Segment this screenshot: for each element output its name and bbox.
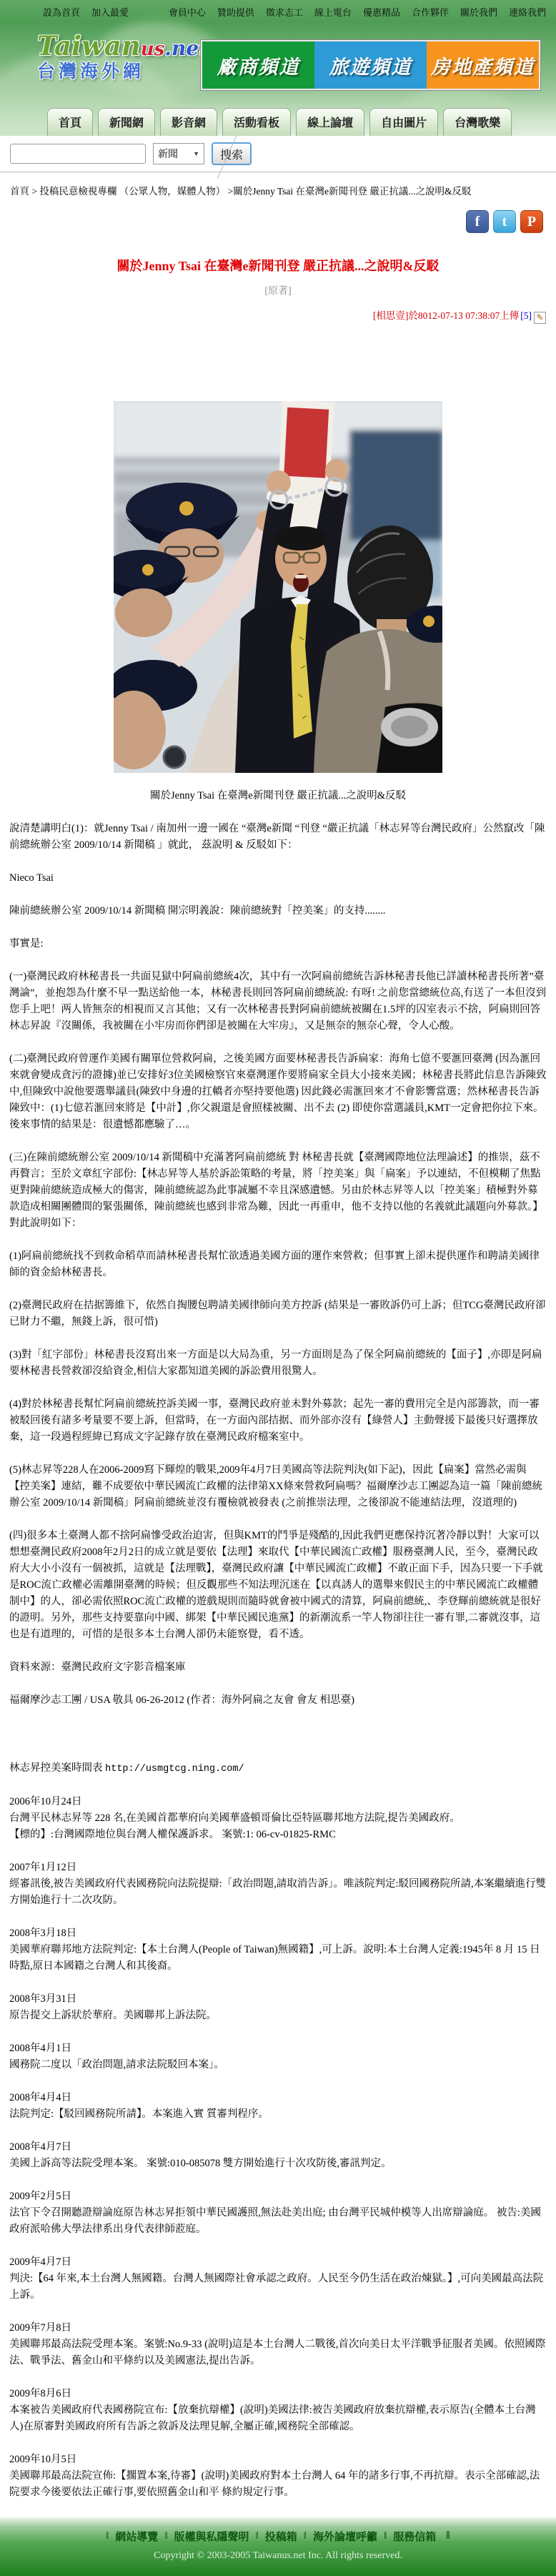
article-paragraph: (5)林志昇等228人在2006-2009寫下輝煌的戰果,2009年4月7日美國…	[9, 1462, 547, 1511]
search-category-select[interactable]: 新聞 ▼	[153, 143, 204, 164]
timeline-entry-text: 法官下令召開聽證辯論庭原告林志昇拒領中華民國護照,無法赴美出庭; 由台灣平民城仲…	[9, 2205, 547, 2238]
footer-link[interactable]: 服務信箱	[393, 2529, 436, 2544]
timeline-entry-date: 2009年2月5日	[9, 2188, 547, 2205]
header-link[interactable]: 贊助提供	[217, 5, 254, 19]
article-paragraph: (三)在陳前總統辦公室 2009/10/14 新聞稿中充滿著阿扁前總統 對 林秘…	[9, 1150, 547, 1232]
header-link[interactable]: 關於我們	[460, 5, 497, 19]
breadcrumb[interactable]: 首頁 > 投稿民意檢視專欄 （公眾人物，媒體人物） >關於Jenny Tsai …	[0, 172, 556, 200]
paragraph-list: 說清楚講明白(1)：就Jenny Tsai / 南加州一邊一國在 “臺灣e新聞 …	[9, 821, 547, 1709]
timeline-entry-date: 2008年3月18日	[9, 1925, 547, 1942]
article-photo	[114, 401, 442, 773]
timeline-entry: 2008年4月1日 國務院二度以「政治問題,請求法院駁回本案」。	[9, 2040, 547, 2073]
timeline-entry: 2008年3月18日 美國華府聯邦地方法院判定:【本土台灣人(People of…	[9, 1925, 547, 1975]
plurk-icon[interactable]: P	[520, 210, 543, 233]
timeline-entry: 2007年1月12日 經審訊後,被告美國政府代表國務院向法院提辯:「政治問題,請…	[9, 1860, 547, 1909]
timeline-entry-text: 台灣平民林志昇等 228 名,在美國首都華府向美國華盛頓哥倫比亞特區聯邦地方法院…	[9, 1810, 547, 1843]
timeline-entry-date: 2009年4月7日	[9, 2254, 547, 2271]
timeline-entry-text: 美國華府聯邦地方法院判定:【本土台灣人(People of Taiwan)無國籍…	[9, 1942, 547, 1975]
timeline-entry-date: 2008年4月4日	[9, 2090, 547, 2106]
channel-banner[interactable]: 廠商頻道	[202, 41, 314, 89]
byline: [原著]	[0, 283, 556, 297]
header-link[interactable]: 加入最愛	[91, 5, 129, 19]
timeline-entry: 2009年10月5日 美國聯邦最高法院宣佈:【擱置本案,待審】(說明)美國政府對…	[9, 2452, 547, 2501]
timeline-entry: 2009年8月6日 本案被告美國政府代表國務院宣布:【放棄抗辯權】(說明)美國法…	[9, 2386, 547, 2435]
article-paragraph: (二)臺灣民政府曾運作美國有關單位營救阿扁，之後美國方面要林秘書長告訴扁家：海角…	[9, 1051, 547, 1133]
footer-link[interactable]: 投稿箱	[265, 2529, 297, 2544]
footer-separator: ‖	[106, 2530, 109, 2542]
twitter-icon[interactable]: t	[493, 210, 516, 233]
timeline-entry: 2009年2月5日 法官下令召開聽證辯論庭原告林志昇拒領中華民國護照,無法赴美出…	[9, 2188, 547, 2238]
timeline-entry-date: 2009年10月5日	[9, 2452, 547, 2468]
search-category-value: 新聞	[158, 147, 178, 161]
site-logo-chinese: 台灣海外網	[37, 62, 208, 82]
article-paragraph: 福爾摩沙志工團 / USA 敬具 06-26-2012 (作者：海外阿扁之友會 …	[9, 1692, 547, 1709]
timeline-entry-text: 美國聯邦最高法院受理本案。案號:No.9-33 (說明)這是本土台灣人二戰後,首…	[9, 2336, 547, 2369]
nav-tab[interactable]: 首頁	[47, 108, 93, 136]
timeline-entry-text: 美國上訴高等法院受理本案。 案號:010-085078 雙方開始進行十次攻防後,…	[9, 2156, 547, 2172]
article-paragraph: 陳前總統辦公室 2009/10/14 新聞稿 開宗明義說：陳前總統對「控美案」的…	[9, 903, 547, 919]
page-title: 關於Jenny Tsai 在臺灣e新聞刊登 嚴正抗議...之說明&反駁	[0, 256, 556, 275]
timeline-entry-text: 國務院二度以「政治問題,請求法院駁回本案」。	[9, 2057, 547, 2073]
copyright: Copyright © 2003-2005 Taiwanus.net Inc. …	[0, 2550, 556, 2562]
header-link[interactable]: 會員中心	[169, 5, 206, 19]
search-input[interactable]	[10, 144, 146, 164]
timeline-entry: 2008年3月31日 原告提交上訴狀於華府。美國聯邦上訴法院。	[9, 1991, 547, 2024]
main-nav: 首頁新聞網影音網活動看板線上論壇自由圖片台灣歌樂	[47, 108, 512, 136]
header-link[interactable]: 合作夥伴	[412, 5, 449, 19]
article-paragraph: 資料來源：臺灣民政府文字影音檔案庫	[9, 1659, 547, 1676]
timeline-entries: 2006年10月24日 台灣平民林志昇等 228 名,在美國首都華府向美國華盛頓…	[9, 1794, 547, 2501]
page: 設為首頁加入最愛 會員中心贊助提供徵求志工線上電台優惠精品合作夥伴關於我們連絡我…	[0, 0, 556, 2576]
timeline-entry-date: 2008年3月31日	[9, 1991, 547, 2008]
timeline-entry: 2006年10月24日 台灣平民林志昇等 228 名,在美國首都華府向美國華盛頓…	[9, 1794, 547, 1843]
footer-separator: ‖	[384, 2530, 387, 2542]
article-paragraph: (1)阿扁前總統找不到救命稻草而請林秘書長幫忙欲透過美國方面的運作來營救；但事實…	[9, 1248, 547, 1281]
header-links-right: 會員中心贊助提供徵求志工線上電台優惠精品合作夥伴關於我們連絡我們	[169, 5, 546, 19]
timeline-entry-text: 經審訊後,被告美國政府代表國務院向法院提辯:「政治問題,請取消告訴」。唯該院判定…	[9, 1876, 547, 1909]
timeline-entry: 2008年4月4日 法院判定:【駁回國務院所請】。本案進入實 質審判程序。	[9, 2090, 547, 2123]
timeline-entry: 2009年4月7日 判決:【64 年來,本土台灣人無國籍。台灣人無國際社會承認之…	[9, 2254, 547, 2304]
facebook-icon[interactable]: f	[466, 210, 489, 233]
nav-tab[interactable]: 台灣歌樂	[443, 108, 512, 136]
site-footer: ‖ 網站導覽 ‖ 版權與私隱聲明 ‖ 投稿箱 ‖ 海外論壇呼籲 ‖ 服務信箱 ‖…	[0, 2517, 556, 2576]
nav-tab[interactable]: 影音網	[160, 108, 217, 136]
header-link[interactable]: 連絡我們	[509, 5, 546, 19]
header-links-left: 設為首頁加入最愛	[43, 5, 129, 19]
timeline-url-link[interactable]: http://usmgtcg.ning.com/	[105, 1764, 244, 1775]
timeline-title: 林志昇控美案時間表 http://usmgtcg.ning.com/	[9, 1760, 547, 1777]
footer-links: ‖ 網站導覽 ‖ 版權與私隱聲明 ‖ 投稿箱 ‖ 海外論壇呼籲 ‖ 服務信箱	[106, 2529, 436, 2544]
article-paragraph: 說清楚講明白(1)：就Jenny Tsai / 南加州一邊一國在 “臺灣e新聞 …	[9, 821, 547, 854]
timeline-entry-text: 判決:【64 年來,本土台灣人無國籍。台灣人無國際社會承認之政府。人民至今仍生活…	[9, 2271, 547, 2304]
upload-text: [相思壹]於8012-07-13 07:38:07上傳	[373, 310, 519, 321]
nav-tab[interactable]: 活動看板	[222, 108, 291, 136]
header-link[interactable]: 設為首頁	[43, 5, 80, 19]
chevron-down-icon: ▼	[193, 150, 199, 157]
site-header: 設為首頁加入最愛 會員中心贊助提供徵求志工線上電台優惠精品合作夥伴關於我們連絡我…	[0, 0, 556, 136]
article-paragraph: Nieco Tsai	[9, 870, 547, 887]
article-paragraph: (一)臺灣民政府林秘書長一共面見獄中阿扁前總統4次，其中有一次阿扁前總統告訴林秘…	[9, 969, 547, 1035]
channel-banner-group: 廠商頻道旅遊頻道房地產頻道	[201, 40, 540, 90]
footer-link[interactable]: 網站導覽	[115, 2529, 158, 2544]
timeline-entry: 2008年4月7日 美國上訴高等法院受理本案。 案號:010-085078 雙方…	[9, 2139, 547, 2172]
footer-separator: ‖	[256, 2530, 259, 2542]
timeline-entry-date: 2006年10月24日	[9, 1794, 547, 1810]
upload-info: [相思壹]於8012-07-13 07:38:07上傳[5]✎	[0, 307, 556, 324]
article-paragraph: (4)對於林秘書長幫忙阿扁前總統控訴美國一事，臺灣民政府並未對外募款；起先一審的…	[9, 1396, 547, 1446]
header-link[interactable]: 徵求志工	[266, 5, 303, 19]
timeline-entry-date: 2009年8月6日	[9, 2386, 547, 2402]
channel-banner[interactable]: 房地產頻道	[427, 41, 539, 89]
search-bar: 新聞 ▼ 搜索	[0, 136, 556, 172]
timeline-entry-text: 美國聯邦最高法院宣佈:【擱置本案,待審】(說明)美國政府對本土台灣人 64 年的…	[9, 2468, 547, 2501]
footer-link[interactable]: 海外論壇呼籲	[313, 2529, 377, 2544]
nav-tab[interactable]: 新聞網	[98, 108, 155, 136]
share-buttons: f t P	[0, 200, 556, 233]
timeline-entry-date: 2008年4月1日	[9, 2040, 547, 2057]
article-paragraph: (3)對「紅字部份」林秘書長沒寫出來一方面是以大局為重，另一方面則是為了保全阿扁…	[9, 1347, 547, 1380]
timeline-entry-date: 2007年1月12日	[9, 1860, 547, 1876]
timeline-entry-date: 2009年7月8日	[9, 2320, 547, 2336]
timeline-entry-date: 2008年4月7日	[9, 2139, 547, 2156]
channel-banner[interactable]: 旅遊頻道	[314, 41, 427, 89]
comment-count-link[interactable]: [5]	[520, 310, 532, 321]
timeline-entry-text: 本案被告美國政府代表國務院宣布:【放棄抗辯權】(說明)美國法律:被告美國政府放棄…	[9, 2402, 547, 2435]
article-body: 說清楚講明白(1)：就Jenny Tsai / 南加州一邊一國在 “臺灣e新聞 …	[0, 821, 556, 2517]
nav-tab[interactable]: 自由圖片	[369, 108, 438, 136]
nav-tab[interactable]: 線上論壇	[296, 108, 364, 136]
article-paragraph: 事實是:	[9, 936, 547, 952]
header-link[interactable]: 優惠精品	[363, 5, 400, 19]
edit-icon[interactable]: ✎	[534, 312, 546, 324]
site-logo-latin: Taiwanus.net	[37, 31, 208, 61]
photo-caption: 關於Jenny Tsai 在臺灣e新聞刊登 嚴正抗議...之說明&反駁	[0, 787, 556, 802]
timeline-entry: 2009年7月8日 美國聯邦最高法院受理本案。案號:No.9-33 (說明)這是…	[9, 2320, 547, 2369]
article-paragraph: (四)很多本土臺灣人都不捨阿扁慘受政治迫害，但與KMT的鬥爭是殘酷的,因此我們更…	[9, 1528, 547, 1643]
header-utility-bar: 設為首頁加入最愛 會員中心贊助提供徵求志工線上電台優惠精品合作夥伴關於我們連絡我…	[0, 0, 556, 19]
header-link[interactable]: 線上電台	[314, 5, 352, 19]
timeline-entry-text: 法院判定:【駁回國務院所請】。本案進入實 質審判程序。	[9, 2106, 547, 2123]
footer-separator: ‖	[164, 2530, 167, 2542]
footer-separator: ‖	[304, 2530, 307, 2542]
footer-separator: ‖	[446, 2530, 450, 2542]
timeline-entry-text: 原告提交上訴狀於華府。美國聯邦上訴法院。	[9, 2008, 547, 2024]
site-logo[interactable]: Taiwanus.net 台灣海外網	[37, 31, 208, 82]
timeline-section: 林志昇控美案時間表 http://usmgtcg.ning.com/ 2006年…	[9, 1760, 547, 2501]
footer-link[interactable]: 版權與私隱聲明	[174, 2529, 249, 2544]
article-paragraph: (2)臺灣民政府在拮据籌維下，依然自掏腰包聘請美國律師向美方控訴 (結果是一審敗…	[9, 1298, 547, 1331]
